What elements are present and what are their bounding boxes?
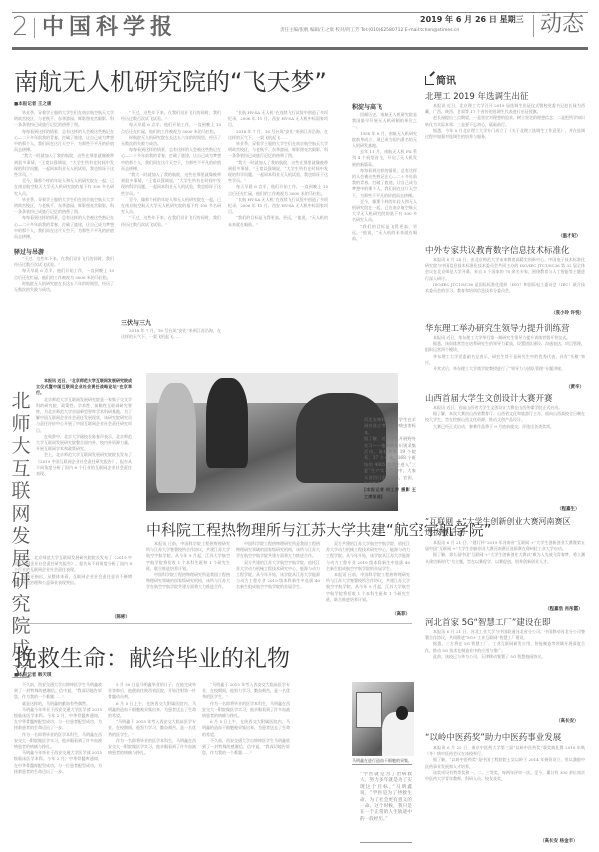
uav-subhead-2: 三伏与三九 xyxy=(121,318,151,327)
paragraph: 开营式后，华东理工大学商学院教授进行了“领导力与团队管理”专题讲座。 xyxy=(425,366,585,372)
masthead-bottom-rule xyxy=(12,47,588,50)
section-divider xyxy=(533,15,534,37)
masthead-divider xyxy=(34,18,35,38)
paragraph: 每每看到这样的情景，总有这样的人会被这些熟记在心—二十多年前我的青春，打破了旅途… xyxy=(121,147,221,172)
paragraph: “不过，这些年下来，在我们设计飞行的同时，我们经历过数百次试飞试验。” xyxy=(14,256,114,268)
brief-body: 本报讯 6 月 21 日，“建行杯”2019 年河南省“互联网 +”大学生创新创… xyxy=(425,540,585,600)
paragraph: “马明鑫于 2015 年考入西安交大临床医学专业，在校期间，他努力学习，勤奋刻苦… xyxy=(108,719,196,738)
paragraph: 作为一名即将毕业的医学本科生，马明鑫在西安交大一附院做医学实习，他亲眼看到了许多… xyxy=(202,701,290,720)
photo-caption: 西北农林科技大学学生在羊洞对驻点考察植物病虫害标本。 据了解，近日学生开展野外实… xyxy=(364,417,416,500)
paragraph: 不久前，西安交通大学自锦坤医学生马明鑫收到了一封特殊的感谢信，信中说，“我深切地… xyxy=(14,682,102,701)
paragraph: 去年 11 月，南航无人机 FX 系列 4 个机型首飞，开启了无人机发展的新篇章… xyxy=(352,149,417,168)
brief-signature: （高长安） xyxy=(556,718,579,724)
paragraph: 6 月 5 日上午，在陕西交大附属医院内，马明鑫的造血干细胞被采集出来，为患者送… xyxy=(108,701,196,720)
sidebar-header-label: 简讯 xyxy=(436,76,456,87)
paragraph: 据悉，该训练营旨在培养研究生的领导力素质，设置团队建设、沟通表达、项目管理、组织… xyxy=(425,341,585,353)
caption-credit: [本报记者 何工芳 摄影 王之康报道] xyxy=(364,487,416,500)
brief-title: “以岭中医药奖”助力中医药事业发展 xyxy=(425,731,561,743)
cas-column-1: 本报讯 日前，中国科学院工程热物理研究所与江苏大学签署校所合作协议，共建江苏大学… xyxy=(146,541,230,615)
page-number: 2 xyxy=(12,14,29,40)
paragraph: 作为一名即将毕业的医学本科生，马明鑫在西安交大一附院做医学实习，他亲眼看到了许多… xyxy=(108,738,196,757)
paragraph: 至今，像那个样的年轻人和无人机研究院在一起，已在南京航空航天大学无人机研究院的基… xyxy=(14,178,114,197)
paragraph: 至今，像那个样的年轻人和无人机研究院在一起，已在南京航空航天大学无人机研究院的基… xyxy=(352,199,417,224)
wheat-field-photo xyxy=(146,373,398,511)
paragraph: 每每看到这样的情景，总有这样的人会被这些熟记在心—二十多年前我的青春，打破了旅途… xyxy=(14,215,114,240)
paragraph: “不过，这些年下来，在我们设计飞行的同时，我们经历过数百次试飞试验。” xyxy=(121,110,221,122)
hospital-photo-caption: 马明鑫在进行造血干细胞的采集。 xyxy=(352,758,412,765)
paragraph: 据了解，“以岭中医药奖”是中国工程院院士吴以岭于 2014 年捐资设立，用以激励… xyxy=(425,757,585,769)
paragraph: “长航 HY-SA 无人机”在连续飞行试验中创造了多项纪录，2006 年 11 … xyxy=(228,110,328,129)
vertical-article-column-2: 会上，北京师范大学互联网发展研究院院长发布了《2019 中国互联网企业社会责任研… xyxy=(14,555,132,615)
paragraph: 本报讯 6 月 24 日，由北京师范大学未来教育高精尖创新中心、中国电子技术标准… xyxy=(425,257,585,282)
paragraph: 中国科学院工程热物理研究所是我国工程热物理研究领域的国家级研究机构，该所与江苏大… xyxy=(236,541,320,560)
paragraph: 会上，北京师范大学互联网发展研究院院长发布了《2019 中国互联网企业社会责任研… xyxy=(36,452,132,477)
brief-body: 本报讯 近日，北京理工大学召开 2019 届选调生出征仪式暨校党委书记赵长禄为西… xyxy=(425,103,585,155)
photo-person xyxy=(206,378,248,468)
paragraph: 6 月 5 日上午，在陕西交大附属医院内，马明鑫的造血干细胞被采集出来，为患者送… xyxy=(202,719,290,738)
paragraph: 毕业季，穿着学士服的大学生们在南京航空航天大学明故宫校区，与老秋千、东华游园、辉… xyxy=(14,110,114,129)
paragraph: 时航院无人机研究院在长达五六年的时间里，经历了无数次的失败与成功。 xyxy=(121,135,221,147)
paragraph: “我大一时就加入了我的航院，这些在那里就像被带到很多事情，”王宽以强调说，“大学… xyxy=(14,153,114,178)
photo-person xyxy=(156,383,196,493)
paragraph: 此前，该校已与华为公司、天津移动签署了 5G 智慧校园协议。 xyxy=(425,654,585,660)
photo-person xyxy=(396,706,408,720)
paragraph: 中国科学院工程热物理研究所是我国工程热物理研究领域的国家级研究机构，该所与江苏大… xyxy=(146,572,230,591)
paragraph: 双方共建的江苏大学航空宇航学院，依托江苏大学动力机械工程技术研究中心，能源与动力… xyxy=(236,560,320,591)
brief-signature: （黄辛） xyxy=(566,384,584,390)
paragraph: 本报讯 6 月 21 日，“建行杯”2019 年河南省“互联网 +”大学生创新创… xyxy=(425,540,585,552)
paragraph: 毕业季，穿着学士服的大学生们在南京航空航天大学明故宫校区，与老秋千、东华游园、辉… xyxy=(14,197,114,216)
brief-title: 华东理工举办研究生领导力提升训练营 xyxy=(425,322,570,334)
paragraph: 本报讯 近日，北京理工大学召开 2019 届选调生出征仪式暨校党委书记赵长禄为西… xyxy=(425,103,585,115)
paragraph: 双方共建的江苏大学航空宇航学院，依托江苏大学动力机械工程技术研究中心，能源与动力… xyxy=(326,541,410,572)
uav-byline: ■本报记者 王之康 xyxy=(14,101,51,107)
rescue-column-3: “马明鑫于 2015 年考入西安交大临床医学专业，在校期间，他努力学习，勤奋刻苦… xyxy=(202,682,290,847)
lead: 本报讯 近日，“北京师范大学互联网发展研究院成立仪式暨中国互联网企业社会责任战略… xyxy=(36,378,132,395)
masthead-top-rule xyxy=(12,12,588,13)
brief-body: 本报讯 6 月 22 日，南京中医药大学第三届“以岭中医药奖”颁奖典礼暨 201… xyxy=(425,745,585,837)
paragraph: “我们的目标是飞得更高、更远，”他说，“无人机的未来就在眼前。” xyxy=(352,224,417,243)
paragraph: 本报讯 日前，中国科学院工程热物理研究所与江苏大学签署校所合作协议，共建江苏大学… xyxy=(146,541,230,572)
paragraph: 本报讯 近日，“北京师范大学互联网发展研究院成立仪式暨中国互联网企业社会责任战略… xyxy=(36,378,132,397)
vertical-headline: 北师大互联网发展研究院成立 xyxy=(10,390,32,683)
paragraph: 1958 年 8 月，南航无人机研究院前身成立，现已成为国内著名的无人机研发基地… xyxy=(352,131,417,150)
uav-column-2: “不过，这些年下来，在我们设计飞行的同时，我们经历过数百次试飞试验。” 每天早晨… xyxy=(121,110,221,310)
paragraph: ISO/IEC JTC1/SC36 是国际标准化组织（ISO）和国际电工委员会（… xyxy=(425,282,585,294)
paragraph: 大赛已经正式启动，参赛作品将于 9 月底前提交，评选出各类奖项。 xyxy=(425,424,585,430)
brief-body: 本报讯 近日，首届山西省大学生文创设计大赛在山西传媒学院正式启动。 据了解，本次… xyxy=(425,405,585,475)
paragraph: 华东理工大学党委副书记表示，研究生骨干是研究生中的优秀代表，具有“头雁”效应。 xyxy=(425,354,585,366)
paragraph: 据悉，三方将在 5G 智慧工厂、工业互联网研发应用、智能制造等领域开展深度合作，… xyxy=(425,641,585,653)
rescue-byline: ■本报记者 韩天琪 xyxy=(14,672,51,678)
paragraph: 2018 年 7 月，16 号台风“安比”来到江苏沿海，在这样的天气下，一架飞机… xyxy=(121,328,221,340)
rescue-column-1: 不久前，西安交通大学自锦坤医学生马明鑫收到了一封特殊的感谢信，信中说，“我深切地… xyxy=(14,682,102,847)
brief-title: 山西首届大学生文创设计大赛开赛 xyxy=(425,392,553,404)
brief-signature: （高长安 杨金丰） xyxy=(540,838,578,844)
brief-title: 北理工 2019 年选调生出征 xyxy=(425,90,529,102)
paragraph: 报告还指出，从整体来看，互联网企业社会责任意识不断增强，社会治理和公益事业表现突… xyxy=(14,574,132,586)
paragraph: 在致辞中，北京大学副校长陈春声表示，北京师范大学互联网发展研究院整合国内外、校内… xyxy=(36,434,132,453)
paragraph: 赵长禄提出三点期望，一是坚定对理想的追求，树立坚定的理想信念；二是把所学知识转化… xyxy=(425,115,585,127)
paragraph: “不过，这些年下来，在我们设计飞行的同时，我们经历过数百次试飞试验。” xyxy=(121,215,221,227)
paragraph: 作为一名即将毕业的医学本科生，马明鑫在西安交大一附院做医学实习，他亲眼看到了许多… xyxy=(14,732,102,751)
paragraph: 会上，北京师范大学互联网发展研究院院长发布了《2019 中国互联网企业社会责任研… xyxy=(14,555,132,574)
photo-medical-device xyxy=(356,692,382,728)
paragraph: “长航 HY-SA 无人机”在连续飞行试验中创造了多项纪录，2006 年 11 … xyxy=(228,197,328,216)
brief-title: “互联网 +”大学生创新创业大赛河南赛区选拔赛启动 xyxy=(425,516,575,538)
brief-signature: （程嘉生） xyxy=(557,506,580,512)
uav-headline: 南航无人机研究院的“飞天梦” xyxy=(14,62,327,97)
uav-column-4: 回顾历史，南航无人机研究院是我国最早开展无人机研制的单位之一。 1958 年 8… xyxy=(352,112,417,360)
paragraph: 马明鑫今年毕业于西安交通大学医学部 2015 级临床医学本科。今年 2 月，中华… xyxy=(14,750,102,775)
newspaper-logo: 中国科学报 xyxy=(42,15,177,39)
paragraph: 据了解，本次大赛由山西省教育厅、山西省文化和旅游厅主办，面向山西高校全日制在校大… xyxy=(425,411,585,423)
paragraph: 马明鑫今年毕业于西安交通大学医学部 2015 级临床医学本科。今年 2 月，中华… xyxy=(14,707,102,732)
brief-signature: （袁小玲 许悦） xyxy=(551,310,584,316)
brief-signature: （温才妃） xyxy=(558,233,581,239)
paragraph: “我大一时就加入了我的航院，这些在那里就像被带到很多事情，”王宽以强调说，“大学… xyxy=(121,172,221,197)
paragraph: 本报讯 6 月 21 日，河北工业大学与中国联通河北省分公司、中国移动河北分公司… xyxy=(425,629,585,641)
paragraph: 5 月 30 日是马明鑫毕业的日子，在他完成毕业答辩后，他便前往陕西省医院，开始… xyxy=(108,682,196,701)
paragraph: 每天早晨 6 点半，他们开始工作，一直到晚上 10 点后还在忙碌，他们的工作被视… xyxy=(14,268,114,280)
paragraph: 至今，像那个样的年轻人和无人机研究院在一起，已在南京航空航天大学无人机研究院的基… xyxy=(121,197,221,216)
rescue-headline: 挽救生命：献给毕业的礼物 xyxy=(14,640,290,673)
uav-column-1b: “不过，这些年下来，在我们设计飞行的同时，我们经历过数百次试飞试验。” 每天早晨… xyxy=(14,256,114,310)
sidebar-divider xyxy=(418,60,419,845)
caption-line: 据了解，近日学生开展野外实习——植物病害识别采集活动，该校共有 19 个院系、3… xyxy=(364,436,416,487)
vertical-headline-text: 北师大互联网发展研究院成立 xyxy=(11,390,30,682)
paragraph: 该奖项设有特等奖和一、二、三等奖，每两年评审一次。至今，累计有 300 余位南京… xyxy=(425,770,585,782)
section-title: 动态 xyxy=(540,12,584,38)
uav-column-2b: 2018 年 7 月，16 号台风“安比”来到江苏沿海，在这样的天气下，一架飞机… xyxy=(121,328,221,358)
vertical-article-column-1: 本报讯 近日，“北京师范大学互联网发展研究院成立仪式暨中国互联网企业社会责任战略… xyxy=(36,378,132,553)
paragraph: 每每看到这样的情景，总有这样的人会被这些熟记在心—二十多年前我的青春，打破了旅途… xyxy=(14,129,114,154)
hospital-photo xyxy=(352,682,414,756)
sidebar-header: 简讯 xyxy=(425,76,456,87)
rescue-pull-quote: “学医就是为了治病救人，努力多年就是为了实现这个目标。”马明鑫说，“学医是为了拯… xyxy=(360,772,412,843)
cas-column-3: 双方共建的江苏大学航空宇航学院，依托江苏大学动力机械工程技术研究中心，能源与动力… xyxy=(326,541,410,615)
paragraph: 2018 年 7 月，16 号台风“安比”来到江苏沿海，在这样的天气下，一架飞机… xyxy=(228,129,328,141)
brief-title: 中外专家共议教育数字信息技术标准化 xyxy=(425,244,570,256)
brief-title-text: “互联网 +”大学生创新创业大赛河南赛区选拔赛启动 xyxy=(425,516,575,538)
cas-signature: （高菲） xyxy=(392,611,410,617)
paragraph: “马明鑫于 2015 年考入西安交大临床医学专业，在校期间，他努力学习，勤奋刻苦… xyxy=(202,682,290,701)
paragraph: 据悉，今年 5 月北京理工大学专门成立了《关于北理工选调生工作意见》，并在选调过… xyxy=(425,128,585,140)
paragraph: 每天早晨 6 点半，他们开始工作，一直到晚上 10 点后还在忙碌，他们的工作被视… xyxy=(121,122,221,134)
brief-title: 河北首家 5G“智慧工厂”建设在即 xyxy=(425,616,550,628)
uav-column-3: “长航 HY-SA 无人机”在连续飞行试验中创造了多项纪录，2006 年 11 … xyxy=(228,110,328,360)
rescue-column-2: 5 月 30 日是马明鑫毕业的日子，在他完成毕业答辩后，他便前往陕西省医院，开始… xyxy=(108,682,196,847)
paragraph: 本报讯 日前，中国科学院工程热物理研究所与江苏大学签署校所合作协议，共建江苏大学… xyxy=(326,572,410,603)
brief-signature: （程嘉浩 肖彤霞） xyxy=(545,606,583,612)
paragraph: 毕业季，穿着学士服的大学生们在南京航空航天大学明故宫校区，与老秋千、东华游园、辉… xyxy=(228,141,328,160)
paragraph: 回顾历史，南航无人机研究院是我国最早开展无人机研制的单位之一。 xyxy=(352,112,417,131)
paragraph: 据了解，第五届中国“互联网 +”大学生创新创业大赛以“敢为人先放飞青春梦，勇立潮… xyxy=(425,552,585,564)
editor-credits: 责任主编/张帆 编辑/王之康 校对/何工芳 Tel:(010)62580712 … xyxy=(280,27,459,33)
brief-body: 本报讯 近日，华东理工大学举行第一期研究生领导力提升训练营暨开营仪式。 据悉，该… xyxy=(425,335,585,385)
paragraph: 北京师范大学互联网发展研究院是一家集于交叉学科的研究院，政策性、学术性、前瞻性互… xyxy=(36,397,132,434)
spacer xyxy=(14,364,44,365)
issue-date: 2019 年 6 月 26 日 星期三 xyxy=(420,14,524,25)
paragraph: 本报讯 6 月 22 日，南京中医药大学第三届“以岭中医药奖”颁奖典礼暨 201… xyxy=(425,745,585,757)
section-divider-rule xyxy=(14,623,412,624)
paragraph: 就是这样的，马明鑫的献血有些偶然。 xyxy=(14,701,102,707)
paragraph: “我们的目标是飞得更高、更远，”他说，“无人机的未来就在眼前。” xyxy=(228,215,328,227)
vertical-article-signature: （陈彬） xyxy=(112,614,130,620)
paragraph: 每每看到这样的情景，总有这样的人会被这些熟记在心—二十多年前我的青春，打破了旅途… xyxy=(352,168,417,199)
caption-line: 西北农林科技大学学生在羊洞对驻点考察植物病虫害标本。 xyxy=(364,417,416,436)
uav-subhead-3: 积淀与高飞 xyxy=(352,102,382,111)
paragraph: 时航院无人机研究院在长达五六年的时间里，经历了无数次的失败与成功。 xyxy=(14,281,114,293)
cas-column-2: 中国科学院工程热物理研究所是我国工程热物理研究领域的国家级研究机构，该所与江苏大… xyxy=(236,541,320,615)
paragraph: 每天早晨 6 点半，他们开始工作，一直到晚上 10 点后还在忙碌，他们的工作被视… xyxy=(228,184,328,196)
news-flash-icon xyxy=(425,76,434,85)
paragraph: 不久前，西安交通大学自锦坤医学生马明鑫收到了一封特殊的感谢信，信中说，“我深切地… xyxy=(202,738,290,757)
paragraph: “我大一时就加入了我的航院，这些在那里就像被带到很多事情，”王宽以强调说，“大学… xyxy=(228,160,328,185)
